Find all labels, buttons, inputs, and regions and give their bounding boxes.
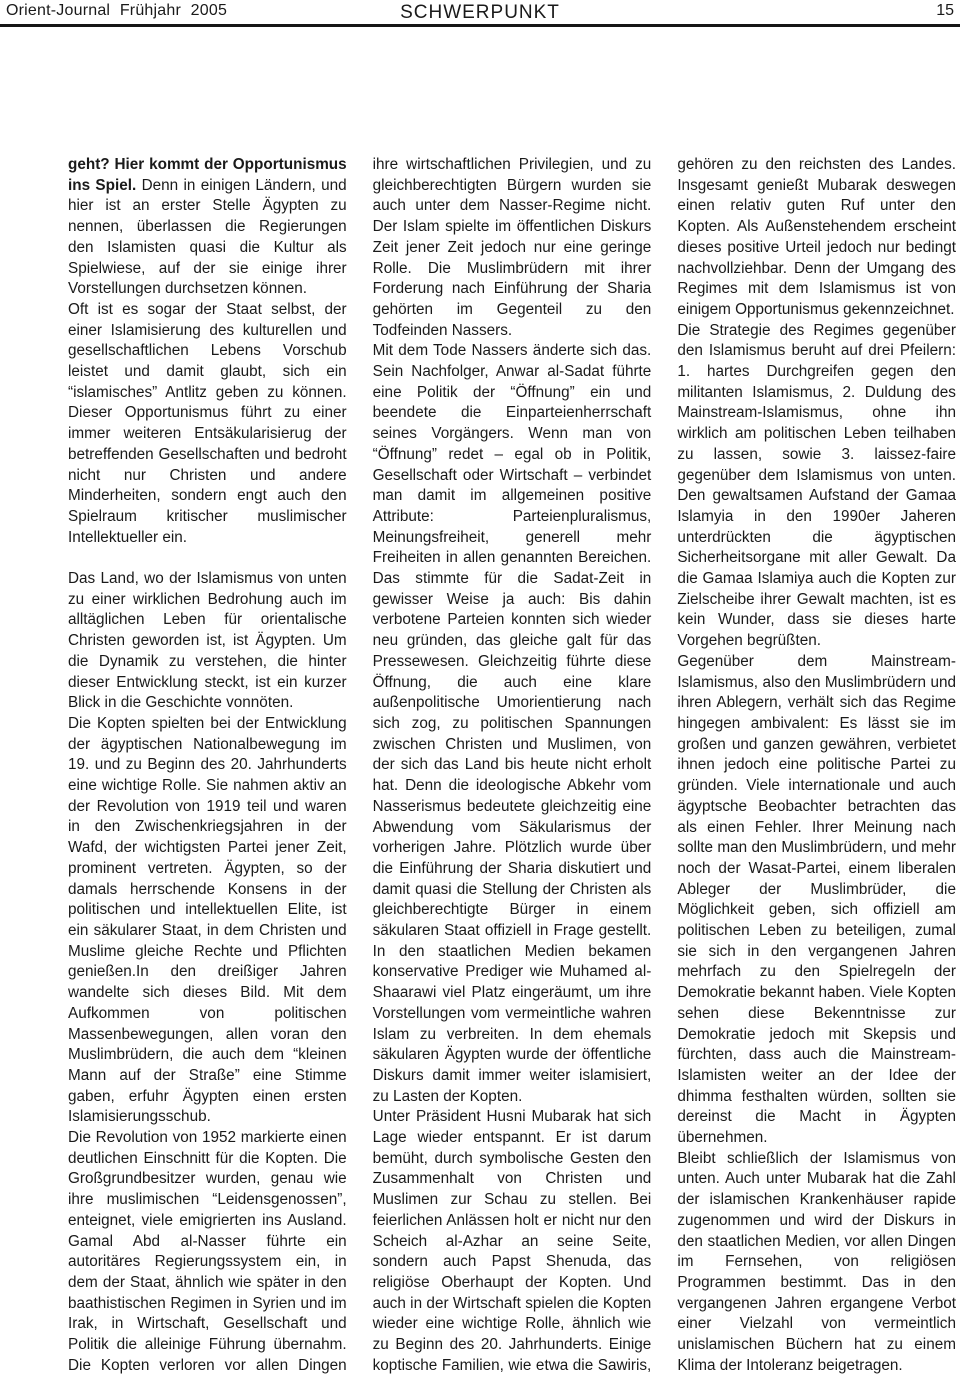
page-number: 15 <box>624 2 954 20</box>
article-body: geht? Hier kommt der Opportunismus ins S… <box>68 155 956 1397</box>
paragraph-text: Die Strategie des Regimes gegenüber den … <box>677 322 956 650</box>
journal-page: Orient-Journal Frühjahr 2005 SCHWERPUNKT… <box>0 0 960 1397</box>
paragraph: Die Kopten spielten bei der Entwicklung … <box>68 714 347 1128</box>
paragraph-text: Gegenüber dem Mainstream-Islamismus, als… <box>677 653 956 1146</box>
paragraph: Gegenüber dem Mainstream-Islamismus, als… <box>677 652 956 1149</box>
paragraph: Mit dem Tode Nassers änderte sich das. S… <box>373 341 652 1107</box>
paragraph-text: Mit dem Tode Nassers änderte sich das. S… <box>373 342 652 1104</box>
paragraph: Die Strategie des Regimes gegenüber den … <box>677 321 956 652</box>
page-header: Orient-Journal Frühjahr 2005 SCHWERPUNKT… <box>0 0 960 27</box>
paragraph: Oft ist es sogar der Staat selbst, der e… <box>68 300 347 548</box>
paragraph-text: Die Kopten spielten bei der Entwicklung … <box>68 715 347 1125</box>
paragraph: geht? Hier kommt der Opportunismus ins S… <box>68 155 347 300</box>
journal-title: Orient-Journal Frühjahr 2005 <box>6 2 336 20</box>
section-title: SCHWERPUNKT <box>336 2 624 24</box>
paragraph-text: Das Land, wo der Islamismus von unten zu… <box>68 570 347 711</box>
paragraph-text: Oft ist es sogar der Staat selbst, der e… <box>68 301 347 546</box>
paragraph: Das Land, wo der Islamismus von unten zu… <box>68 569 347 714</box>
paragraph-text: Denn in einigen Ländern, und hier ist an… <box>68 177 347 298</box>
paragraph-text: Bleibt schließlich der Islamismus von un… <box>677 1150 956 1374</box>
paragraph: Bleibt schließlich der Islamismus von un… <box>677 1149 956 1377</box>
